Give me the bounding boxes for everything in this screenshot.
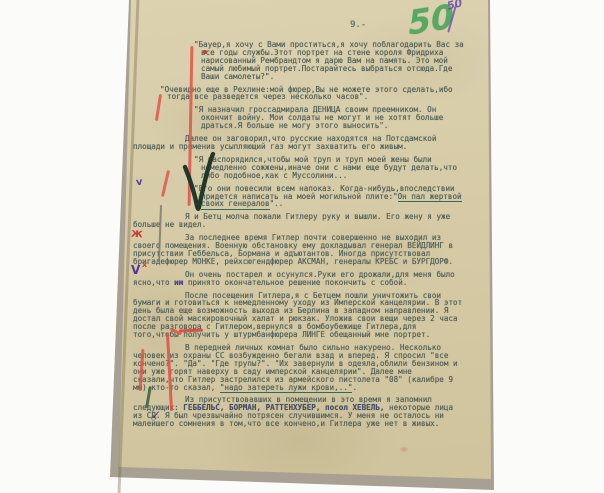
scanned-document-page: 9.- "Бауер,я хочу с Вами проститься,я хо… <box>0 0 604 493</box>
paragraph-8-briefings: За последнее время Гитлер почти совершен… <box>133 234 465 266</box>
paragraph-2-rechlin-quote: "Очевидно еще в Рехлине:мой фюрер,Вы не … <box>167 86 465 102</box>
red-ink-smudge <box>399 446 409 453</box>
red-x-small-mark: x <box>142 260 147 269</box>
paragraph-11-aftermath: В передней личных комнат было сильно нак… <box>133 344 465 391</box>
paragraph-9-handwritten-correction: им <box>174 278 183 287</box>
green-checkmark-icon <box>182 151 218 215</box>
red-dot-mark <box>203 50 207 54</box>
purple-checkmark: ✓ <box>151 408 161 422</box>
paragraph-5-cremation-order-quote: "Я распорядился,чтобы мой труп и труп мо… <box>201 156 465 180</box>
paragraph-1-farewell-quote: "Бауер,я хочу с Вами проститься,я хочу п… <box>201 41 465 81</box>
paragraph-7-handshake: Я и Бетц молча пожали Гитлеру руку и выш… <box>133 213 465 229</box>
paragraph-9-post: принято окончательное решение покончить … <box>183 278 407 287</box>
paragraph-4-russians-potsdamer: Далее он заговорил,что русские находятся… <box>133 135 465 151</box>
paragraph-9-decision: Он очень постарел и осунулся.Руки его др… <box>133 271 465 287</box>
red-zh-mark: ж <box>131 226 144 241</box>
purple-tick-small: v <box>135 177 143 189</box>
paragraph-11-post: . <box>352 383 357 392</box>
page-number: 9.- <box>350 20 366 30</box>
paragraph-6-mussolini-quote: "Его они повесили всем напоказ. Когда-ни… <box>201 185 465 209</box>
typed-text-block: "Бауер,я хочу с Вами проститься,я хочу п… <box>133 41 465 433</box>
paragraph-6-post: ".. <box>270 199 284 208</box>
paragraph-12-witnesses: Из присутствовавших в помещении в это вр… <box>133 396 465 428</box>
purple-V-mark: V <box>131 263 140 277</box>
paragraph-11-underlined-phrase: "надо затереть лужи крови,.." <box>220 383 353 394</box>
paragraph-3-doenitz-quote: "Я назначил гроссадмирала ДЕНИЦА своим п… <box>201 106 465 130</box>
